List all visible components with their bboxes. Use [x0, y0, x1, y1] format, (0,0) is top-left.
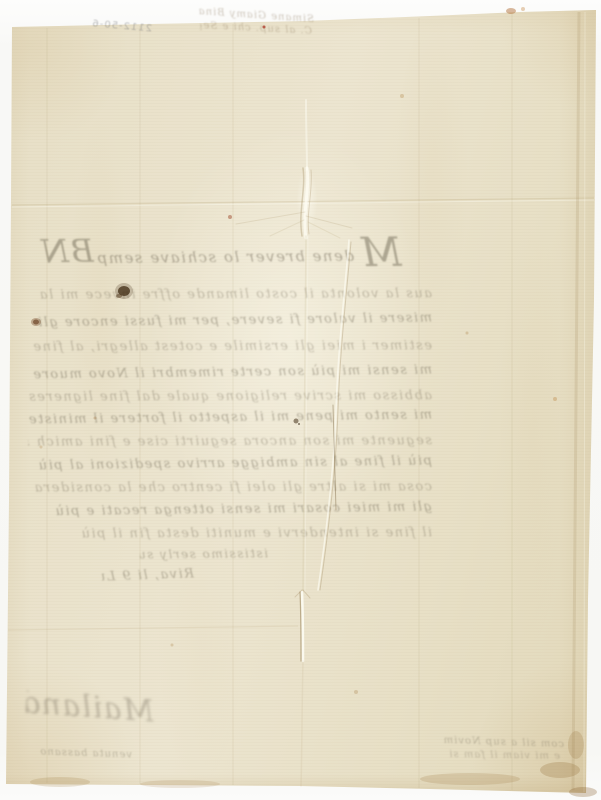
scanned-letter-verso: 2112-50-6 Simane Giamy Bina C. al sup. c…	[0, 0, 601, 800]
paper-sheet	[0, 0, 601, 800]
